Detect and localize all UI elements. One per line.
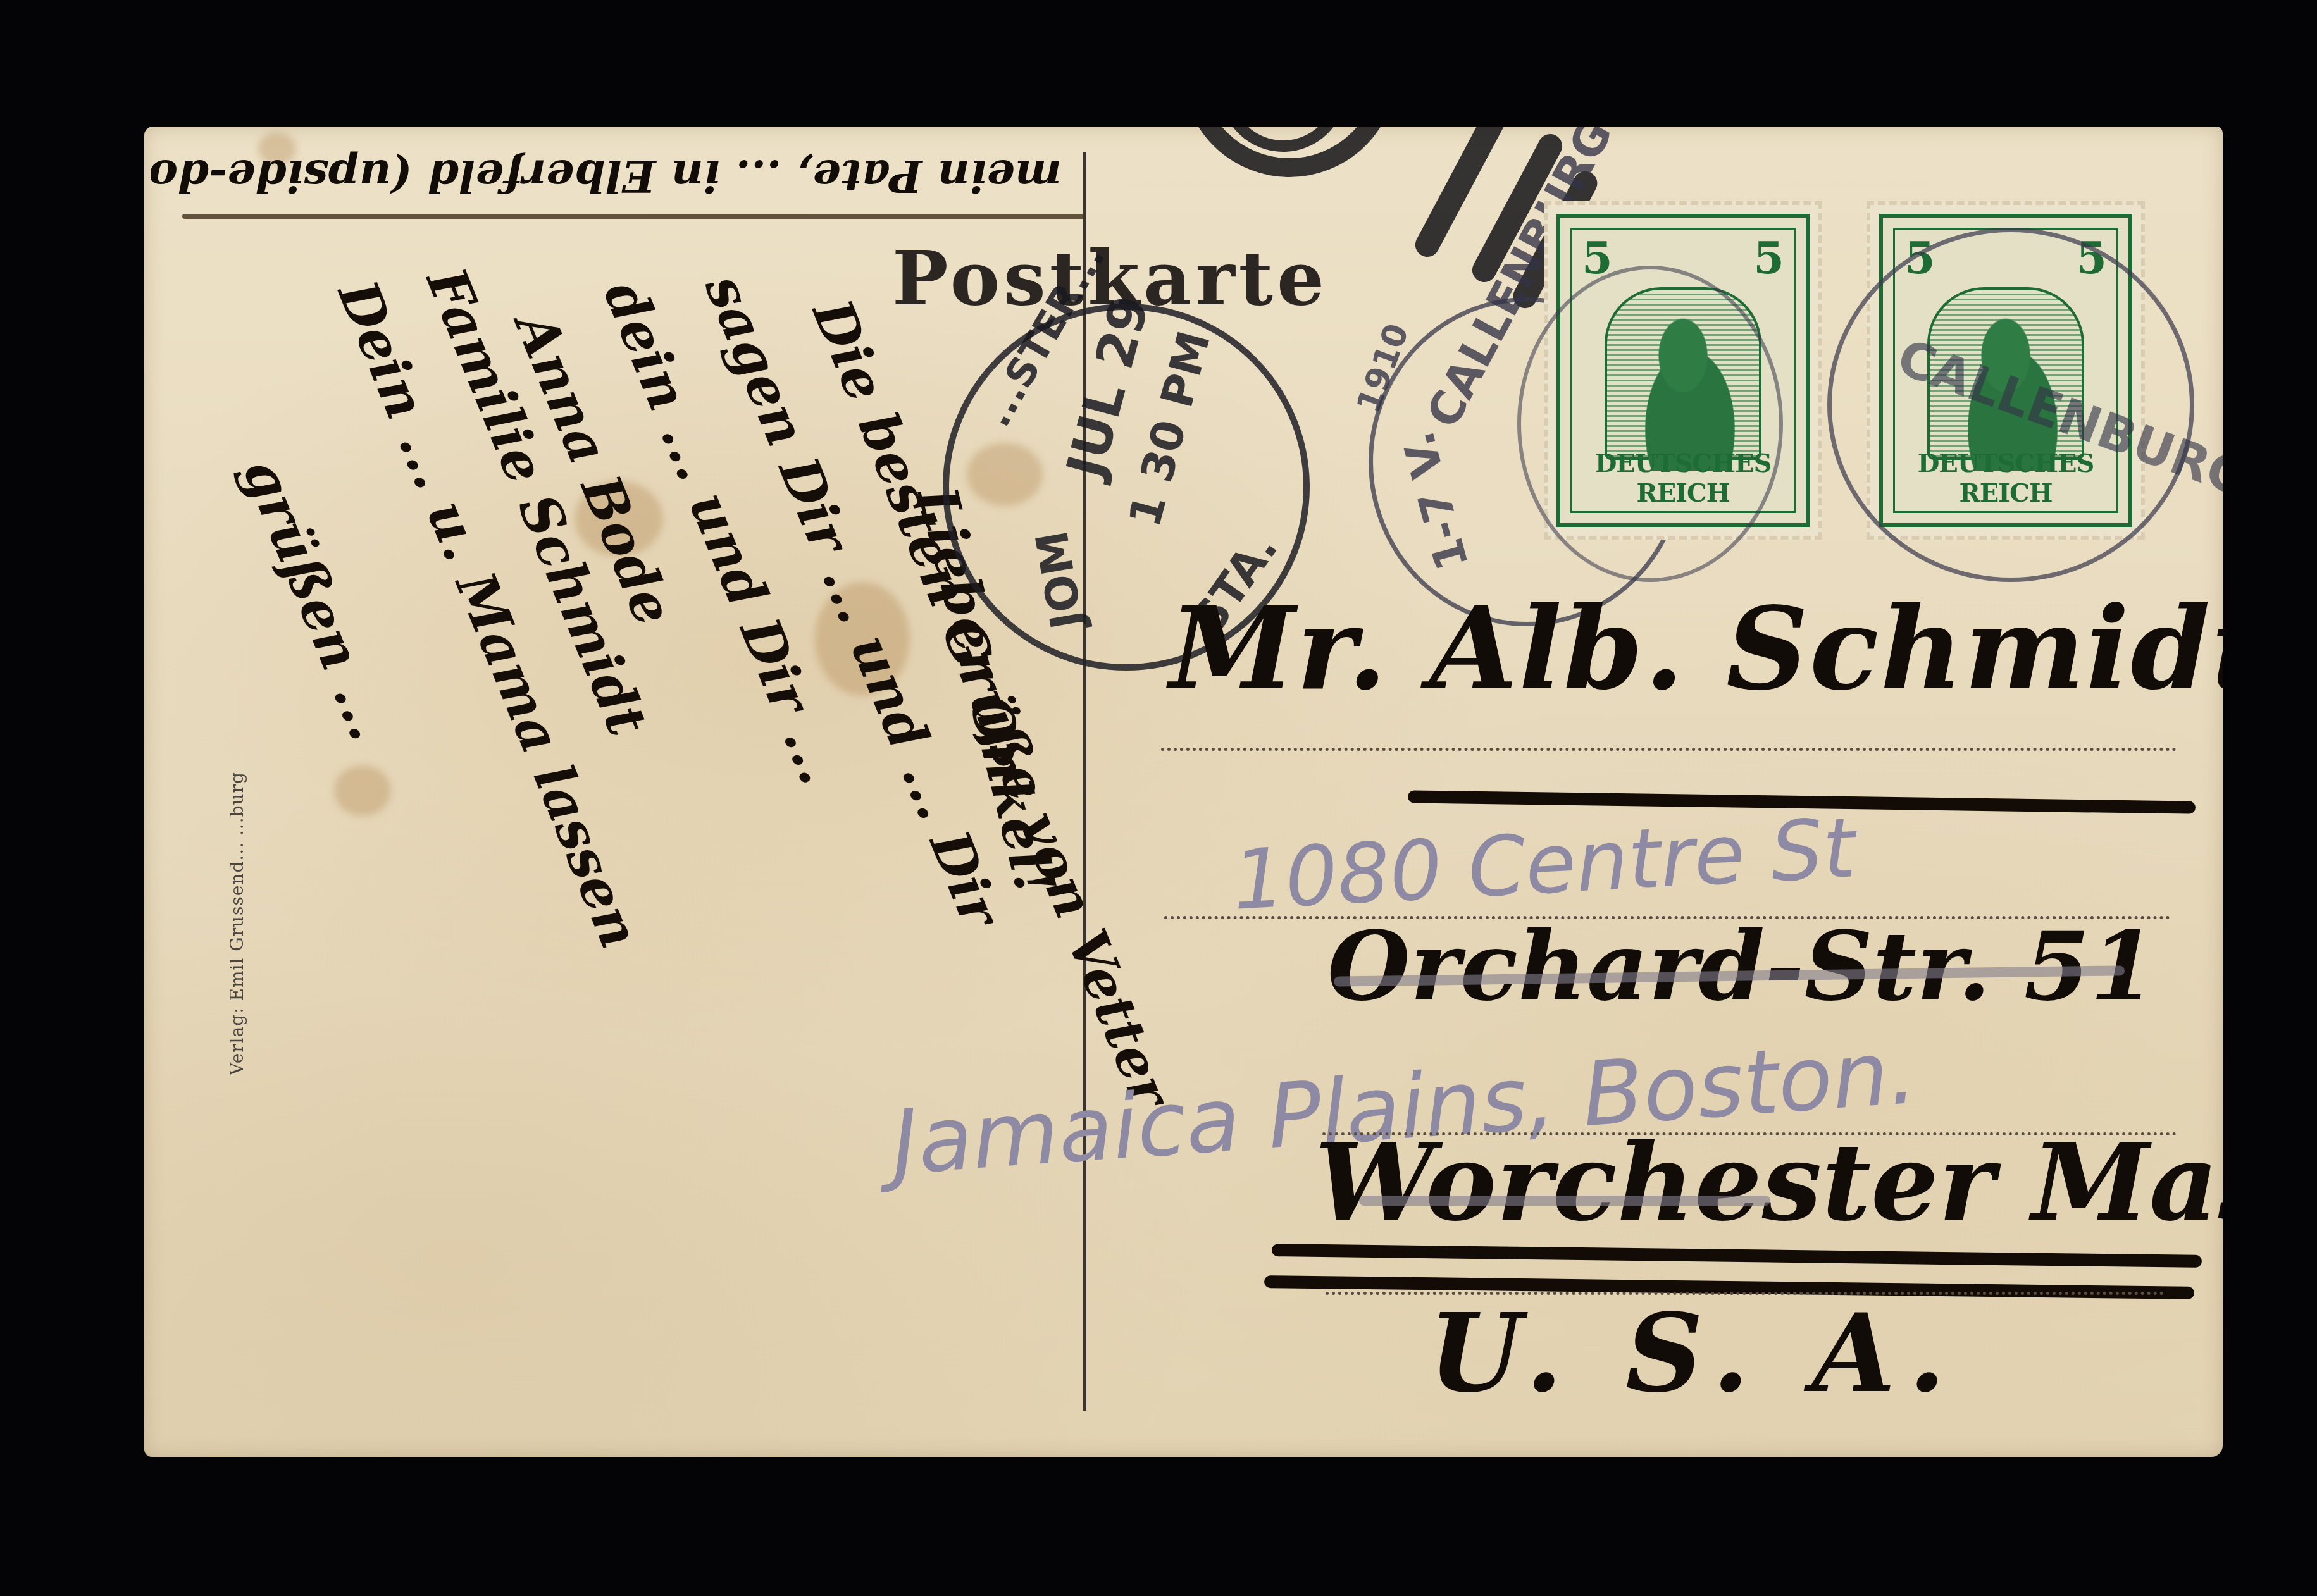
stain [334,765,391,816]
message-line: grüßen ... [230,449,401,749]
publisher-imprint: Verlag: Emil Grussend... ...burg [227,772,247,1075]
top-strip-underline [182,214,1086,219]
pencil-street: 1080 Centre St [1231,800,1858,928]
stamp-value: 5 [1753,232,1784,284]
postcard: mein Pate, ... in Elberfeld (upside-down… [144,127,2223,1457]
address-line-1 [1161,748,2177,751]
german-postmark-1-overlay [1517,266,1783,582]
address-country: U. S. A. [1429,1290,1958,1417]
address-city: Worchester Mass [1315,1120,2223,1245]
city-strikethrough [1359,1196,1770,1206]
city-underline-1 [1272,1244,2202,1268]
top-strip-note: mein Pate, ... in Elberfeld (upside-down… [151,150,1062,202]
address-name: Mr. Alb. Schmidt [1169,582,2223,715]
